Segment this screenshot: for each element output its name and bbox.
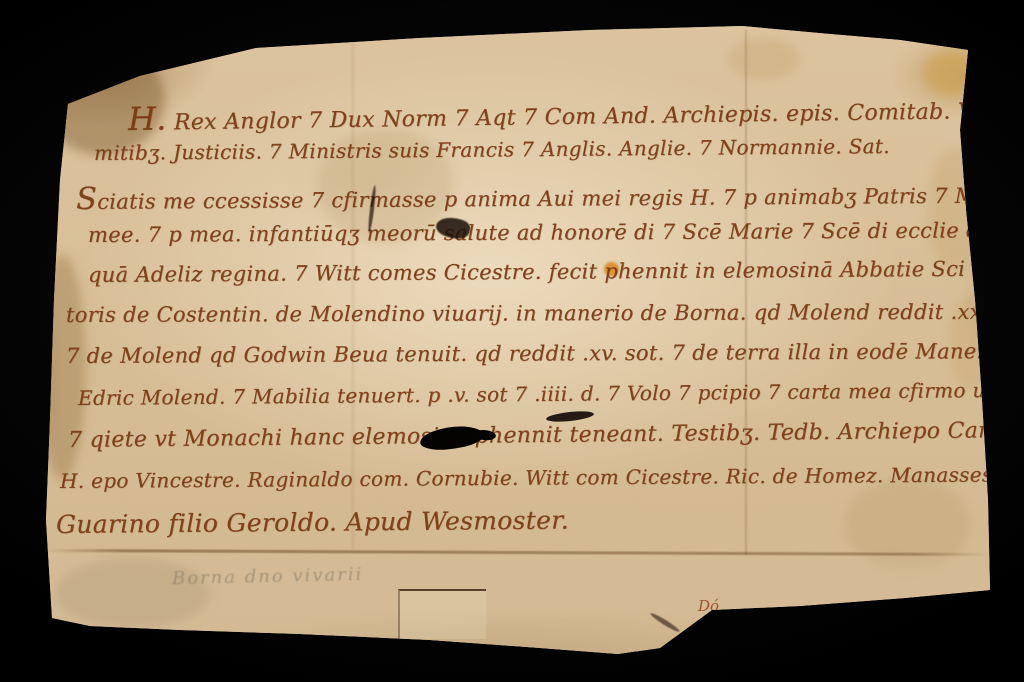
charter-line-2: mitibʒ. Justiciis. 7 Ministris suis Fran… [94,134,890,165]
charter-line-8: Edric Molend. 7 Mabilia tenuert. p .v. s… [78,378,1024,410]
charter-line-7: 7 de Molend qd Godwin Beua tenuit. qd re… [66,339,1024,368]
charter-text: H. Rex Anglor 7 Dux Norm 7 Aqt 7 Com And… [0,0,1024,682]
charter-line-3: Sciatis me ccessisse 7 cfirmasse p anima… [76,175,1024,217]
parchment-charter: H. Rex Anglor 7 Dux Norm 7 Aqt 7 Com And… [0,0,1024,682]
charter-line-10: H. epo Vincestre. Raginaldo com. Cornubi… [60,462,1024,493]
archival-mark: Dó [698,597,719,615]
charter-line-5: quā Adeliz regina. 7 Witt comes Cicestre… [88,256,1024,287]
charter-line-11: Guarino filio Geroldo. Apud Wesmoster. [56,506,569,539]
charter-line-4: mee. 7 p mea. infantiūqʒ meorū salute ad… [88,218,1024,247]
photo-background: H. Rex Anglor 7 Dux Norm 7 Aqt 7 Com And… [0,0,1024,682]
endorsement-pencil-note: Borna dno vivarii [172,564,364,589]
charter-line-1: H. Rex Anglor 7 Dux Norm 7 Aqt 7 Com And… [128,87,1024,138]
charter-line-6: toris de Costentin. de Molendino viuarij… [66,300,1024,327]
charter-line-9: 7 qiete vt Monachi hanc elemosinā phenni… [68,418,1024,453]
